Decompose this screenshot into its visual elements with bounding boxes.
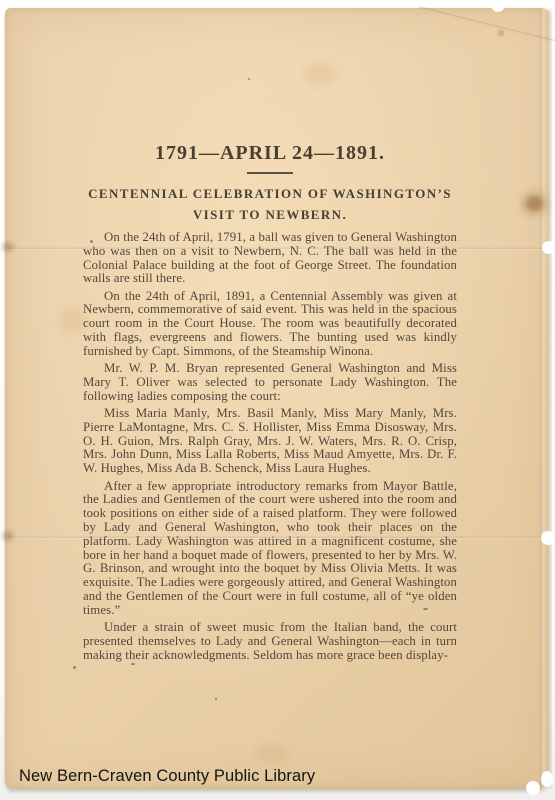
library-caption: New Bern-Craven County Public Library xyxy=(19,767,315,786)
document-title: 1791—APRIL 24—1891. xyxy=(83,141,457,165)
document-page: 1791—APRIL 24—1891. CENTENNIAL CELEBRATI… xyxy=(5,8,549,789)
paragraph: Miss Maria Manly, Mrs. Basil Manly, Miss… xyxy=(83,407,457,476)
paper-nick xyxy=(526,781,540,795)
paper-nick xyxy=(542,241,555,254)
paper-nick xyxy=(541,771,553,787)
paper-speck xyxy=(215,698,217,700)
subtitle-line-2: VISIT TO NEWBERN. xyxy=(193,207,347,222)
edge-notch-shadow xyxy=(2,531,14,541)
scan-background: 1791—APRIL 24—1891. CENTENNIAL CELEBRATI… xyxy=(0,0,555,800)
paragraph: Under a strain of sweet music from the I… xyxy=(83,621,457,662)
stain-spot xyxy=(526,196,543,211)
document-body: On the 24th of April, 1791, a ball was g… xyxy=(83,231,457,662)
paper-nick xyxy=(492,2,504,12)
paragraph: On the 24th of April, 1791, a ball was g… xyxy=(83,231,457,286)
stain-spot xyxy=(498,30,504,36)
fold-crease-right-highlight xyxy=(543,8,552,789)
printed-content: 1791—APRIL 24—1891. CENTENNIAL CELEBRATI… xyxy=(83,8,457,666)
paragraph: On the 24th of April, 1891, a Centennial… xyxy=(83,290,457,359)
subtitle-line-1: CENTENNIAL CELEBRATION OF WASHINGTON’S xyxy=(88,186,452,201)
stain-spot xyxy=(255,743,289,763)
title-rule xyxy=(247,172,293,174)
fold-crease-right xyxy=(540,8,543,789)
paper-nick xyxy=(541,531,555,545)
edge-notch-shadow xyxy=(2,242,14,252)
document-subtitle: CENTENNIAL CELEBRATION OF WASHINGTON’S V… xyxy=(83,183,457,225)
paragraph: Mr. W. P. M. Bryan represented General W… xyxy=(83,362,457,403)
stain-spot xyxy=(520,190,549,217)
paragraph: After a few appropriate introductory rem… xyxy=(83,480,457,618)
paper-speck xyxy=(73,666,76,669)
